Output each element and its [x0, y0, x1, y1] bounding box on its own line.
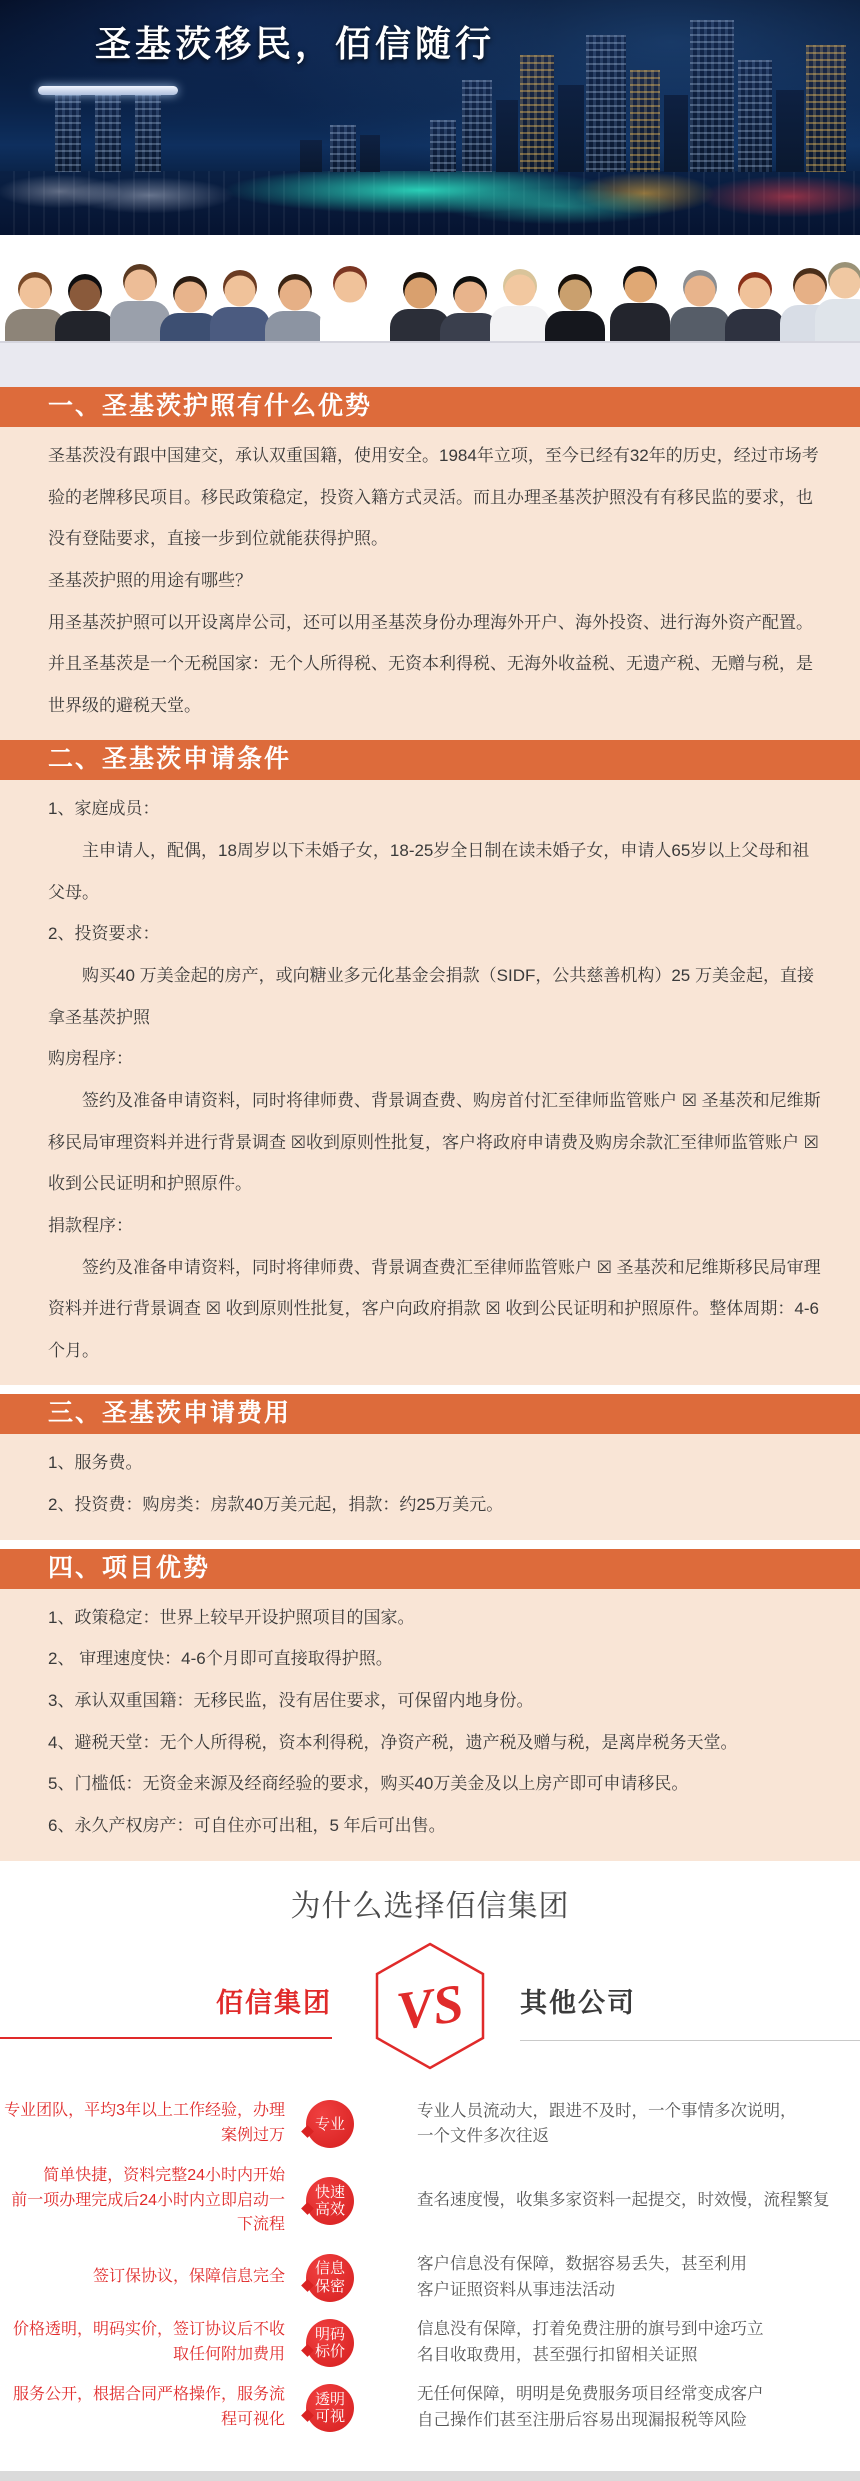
comparison-rows: 专业团队，平均3年以上工作经验，办理案例过万 专业 专业人员流动大，跟进不及时，… — [0, 2099, 860, 2464]
building-silhouette — [462, 80, 492, 172]
business-people-photo — [0, 235, 860, 387]
row-left-text: 专业团队，平均3年以上工作经验，办理案例过万 — [0, 2099, 285, 2149]
water-reflection — [0, 171, 860, 235]
building-silhouette — [690, 20, 734, 172]
why-choose-section: 为什么选择佰信集团 佰信集团 VS 其他公司 专业团队，平均3年以上工作经验，办… — [0, 1861, 860, 2481]
building-silhouette — [135, 94, 161, 172]
row-left-text: 服务公开，根据合同严格操作，服务流程可视化 — [0, 2383, 285, 2433]
section-body: 1、服务费。 2、投资费：购房类：房款40万美元起，捐款：约25万美元。 — [0, 1434, 860, 1539]
row-left-text: 价格透明，明码实价，签订协议后不收取任何附加费用 — [0, 2318, 285, 2368]
section-divider — [0, 1540, 860, 1549]
row-left-text: 签订保协议，保障信息完全 — [0, 2265, 285, 2290]
board-edge — [0, 341, 860, 343]
held-banner-board — [0, 341, 860, 387]
section-body: 圣基茨没有跟中国建交，承认双重国籍，使用安全。1984年立项，至今已经有32年的… — [0, 427, 860, 740]
vs-comparison-header: 佰信集团 VS 其他公司 — [0, 1941, 860, 2073]
paragraph: 2、 审理速度快：4-6个月即可直接取得护照。 — [48, 1638, 824, 1680]
paragraph: 圣基茨护照的用途有哪些？ — [48, 560, 824, 602]
section-application-fees: 三、圣基茨申请费用 1、服务费。 2、投资费：购房类：房款40万美元起，捐款：约… — [0, 1394, 860, 1539]
paragraph: 6、永久产权房产：可自住亦可出租，5 年后可出售。 — [48, 1805, 824, 1847]
paragraph: 捐款程序： — [48, 1205, 824, 1247]
building-silhouette — [664, 95, 688, 172]
row-right-text: 专业人员流动大，跟进不及时，一个事情多次说明， 一个文件多次往返 — [375, 2099, 860, 2150]
section-application-conditions: 二、圣基茨申请条件 1、家庭成员： 主申请人，配偶，18周岁以下未婚子女，18-… — [0, 740, 860, 1385]
section-passport-advantages: 一、圣基茨护照有什么优势 圣基茨没有跟中国建交，承认双重国籍，使用安全。1984… — [0, 387, 860, 740]
hero-banner: 圣基茨移民，佰信随行 — [0, 0, 860, 235]
banner-title: 圣基茨移民，佰信随行 — [95, 16, 495, 67]
paragraph: 1、家庭成员： — [48, 788, 824, 830]
paragraph: 主申请人，配偶，18周岁以下未婚子女，18-25岁全日制在读未婚子女，申请人65… — [48, 830, 824, 913]
building-silhouette — [630, 70, 660, 172]
comparison-row: 服务公开，根据合同严格操作，服务流程可视化 透明 可视 无任何保障，明明是免费服… — [0, 2382, 860, 2433]
section-body: 1、家庭成员： 主申请人，配偶，18周岁以下未婚子女，18-25岁全日制在读未婚… — [0, 780, 860, 1385]
building-silhouette — [430, 120, 456, 172]
section-heading: 二、圣基茨申请条件 — [0, 740, 860, 780]
section-heading: 一、圣基茨护照有什么优势 — [0, 387, 860, 427]
paragraph: 用圣基茨护照可以开设离岸公司，还可以用圣基茨身份办理海外开户、海外投资、进行海外… — [48, 602, 824, 727]
brand-left-label: 佰信集团 — [216, 1981, 332, 2020]
building-silhouette — [360, 135, 380, 172]
building-silhouette — [300, 140, 322, 172]
feature-badge-clear-pricing: 明码 标价 — [306, 2319, 354, 2367]
paragraph: 4、避税天堂：无个人所得税，资本利得税，净资产税，遗产税及赠与税，是离岸税务天堂… — [48, 1722, 824, 1764]
paragraph: 2、投资要求： — [48, 913, 824, 955]
building-silhouette — [776, 90, 804, 172]
paragraph: 购买40 万美金起的房产，或向糖业多元化基金会捐款（SIDF，公共慈善机构）25… — [48, 955, 824, 1038]
brand-right-underline — [520, 2040, 860, 2041]
paragraph: 5、门槛低：无资金来源及经商经验的要求，购买40万美金及以上房产即可申请移民。 — [48, 1763, 824, 1805]
row-right-text: 客户信息没有保障，数据容易丢失，甚至利用 客户证照资料从事违法活动 — [375, 2252, 860, 2303]
paragraph: 1、服务费。 — [48, 1442, 824, 1484]
paragraph: 3、承认双重国籍：无移民监，没有居住要求，可保留内地身份。 — [48, 1680, 824, 1722]
footer-bar — [0, 2471, 860, 2481]
row-right-text: 无任何保障，明明是免费服务项目经常变成客户 自己操作们甚至注册后容易出现漏报税等… — [375, 2382, 860, 2433]
section-heading: 三、圣基茨申请费用 — [0, 1394, 860, 1434]
section-heading: 四、项目优势 — [0, 1549, 860, 1589]
building-silhouette — [738, 60, 772, 172]
row-right-text: 查名速度慢，收集多家资料一起提交，时效慢，流程繁复 — [375, 2188, 860, 2214]
comparison-row: 简单快捷，资料完整24小时内开始 前一项办理完成后24小时内立即启动一下流程 快… — [0, 2164, 860, 2238]
building-silhouette — [520, 55, 554, 172]
paragraph: 圣基茨没有跟中国建交，承认双重国籍，使用安全。1984年立项，至今已经有32年的… — [48, 435, 824, 560]
section-divider — [0, 1385, 860, 1394]
brand-left-underline — [0, 2037, 332, 2039]
building-silhouette — [558, 85, 584, 172]
paragraph: 购房程序： — [48, 1038, 824, 1080]
feature-badge-confidential: 信息 保密 — [306, 2254, 354, 2302]
building-silhouette — [330, 125, 356, 172]
why-choose-title: 为什么选择佰信集团 — [0, 1861, 860, 1933]
building-silhouette — [586, 35, 626, 172]
brand-right-label: 其他公司 — [520, 1981, 636, 2020]
section-body: 1、政策稳定：世界上较早开设护照项目的国家。 2、 审理速度快：4-6个月即可直… — [0, 1589, 860, 1861]
row-left-text: 简单快捷，资料完整24小时内开始 前一项办理完成后24小时内立即启动一下流程 — [0, 2164, 285, 2238]
people-illustration — [0, 235, 860, 387]
row-right-text: 信息没有保障，打着免费注册的旗号到中途巧立 名目收取费用，甚至强行扣留相关证照 — [375, 2317, 860, 2368]
building-silhouette — [55, 94, 81, 172]
building-silhouette — [95, 94, 121, 172]
feature-badge-transparent: 透明 可视 — [306, 2384, 354, 2432]
comparison-row: 签订保协议，保障信息完全 信息 保密 客户信息没有保障，数据容易丢失，甚至利用 … — [0, 2252, 860, 2303]
paragraph: 签约及准备申请资料，同时将律师费、背景调查费、购房首付汇至律师监管账户 ☒ 圣基… — [48, 1080, 824, 1205]
paragraph: 1、政策稳定：世界上较早开设护照项目的国家。 — [48, 1597, 824, 1639]
building-silhouette — [496, 100, 518, 172]
comparison-row: 价格透明，明码实价，签订协议后不收取任何附加费用 明码 标价 信息没有保障，打着… — [0, 2317, 860, 2368]
marina-bay-sands-deck — [38, 86, 178, 95]
feature-badge-professional: 专业 — [306, 2100, 354, 2148]
feature-badge-fast-efficient: 快速 高效 — [306, 2177, 354, 2225]
paragraph: 签约及准备申请资料，同时将律师费、背景调查费汇至律师监管账户 ☒ 圣基茨和尼维斯… — [48, 1247, 824, 1372]
comparison-row: 专业团队，平均3年以上工作经验，办理案例过万 专业 专业人员流动大，跟进不及时，… — [0, 2099, 860, 2150]
section-project-strengths: 四、项目优势 1、政策稳定：世界上较早开设护照项目的国家。 2、 审理速度快：4… — [0, 1549, 860, 1861]
vs-label: VS — [393, 1972, 467, 2041]
vs-hexagon-icon: VS — [372, 1941, 488, 2071]
building-silhouette — [806, 45, 846, 172]
paragraph: 2、投资费：购房类：房款40万美元起，捐款：约25万美元。 — [48, 1484, 824, 1526]
